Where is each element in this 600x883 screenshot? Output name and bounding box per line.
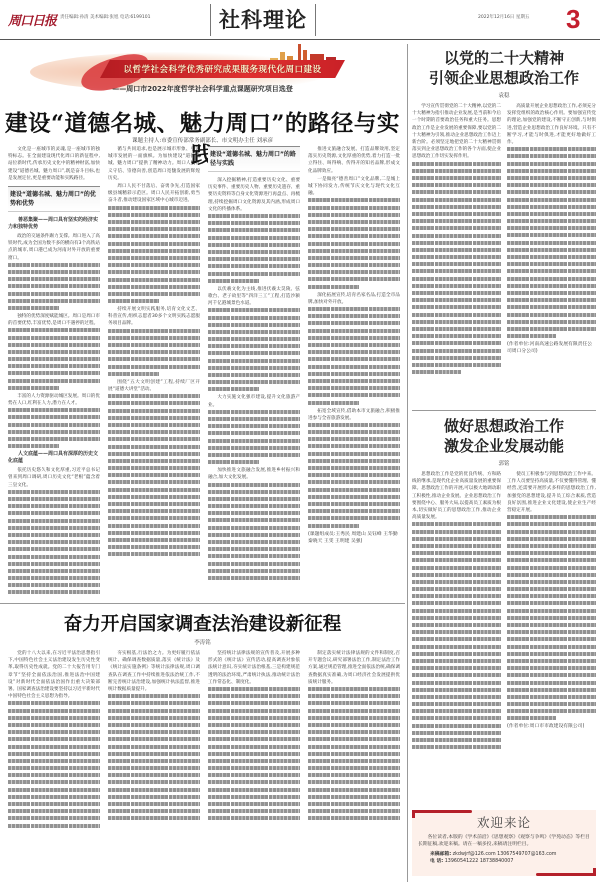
article-column-2: 高质量开展企业思想政治工作,必须充分发挥党组织的政治核心作用。要加强宣传党的理论… <box>507 103 596 413</box>
banner-title: 以哲学社会科学优秀研究成果服务现代化周口建设 <box>123 63 321 75</box>
author-affiliation: (作者单位:河南高速公路发展有限责任公司周口分公司) <box>507 341 596 355</box>
paragraph: 文化是一座城市的灵魂,是一座城市的独特标志。在全面建设现代化周口的新征程中,站位… <box>8 146 100 182</box>
bottom-story: 奋力开启国家调查法治建设新征程 李涛铭 党的十八大以来,在习近平法治思想指引下,… <box>0 606 405 883</box>
editor-credits: 责任编辑:孙清 美术编辑:张旭 电话:6199101 <box>60 14 150 20</box>
right-article-1: 以党的二十大精神 引领企业思想政治工作 袁稳 学习宣传贯彻党的二十大精神,以党的… <box>412 48 596 413</box>
text-block <box>208 483 300 580</box>
main-column-2: 循与共同追求,也是展示城市形象、引领城市发展的一面旗帜。为加快建设“道德名城、魅… <box>108 146 200 598</box>
text-block <box>308 687 400 820</box>
paragraph: 党的十八大以来,在习近平法治思想指引下,中国特色社会主义法治建设发生历史性变革,… <box>8 650 100 700</box>
email-row: 来稿邮箱: zkdwjrf@126.com 1306754970​7@163.c… <box>412 848 596 858</box>
paragraph: 高质量开展企业思想政治工作,必须充分发挥党组织的政治核心作用。要加强宣传党的理论… <box>507 103 596 146</box>
article-author: 郭铭 <box>412 459 596 467</box>
article-body-columns: 思想政治工作是党的优良传统、方和路线的继承,是现代化企业高质量发展的重要保障。思… <box>412 471 596 801</box>
paragraph: 大力实施文化强市建设,提升文化旅游产业。 <box>208 394 300 408</box>
text-block <box>208 214 300 283</box>
text-block <box>412 522 501 749</box>
main-column-1: 文化是一座城市的灵魂,是一座城市的独特标志。在全面建设现代化周口的新征程中,站位… <box>8 146 100 598</box>
paragraph: 以伏羲文化为主线,推进伏羲太昊陵、弦歌台、老子故里等“四洋三工”工程,打造沙颍河… <box>208 286 300 308</box>
paragraph: 坚持统计法律法规的宣传普及,开展多种形式的《统计法》宣传活动,提高调查对象依法统… <box>208 650 300 686</box>
text-block <box>308 423 400 528</box>
text-block <box>208 687 300 820</box>
horizontal-rule <box>412 410 596 411</box>
paragraph: 循与共同追求,也是展示城市形象、引领城市发展的一面旗帜。为加快建设“道德名城、魅… <box>108 146 200 182</box>
text-block <box>308 307 400 404</box>
right-column: 以党的二十大精神 引领企业思想政治工作 袁稳 学习宣传贯彻党的二十大精神,以党的… <box>412 44 596 882</box>
horizontal-rule <box>0 603 405 604</box>
bottom-column-4: 制定落实统计法律法规的文件和制度,召开专题会议,研究部署法治工作,制定法治工作方… <box>308 650 400 880</box>
paragraph: 一是做亮“德善周口”文化品牌,二是城上城下协同发力,传统节庆文化与现代文化互融。 <box>308 176 400 198</box>
paragraph: 加快推进文旅融合发展,推进乡村振兴和融合,加大文化发展。 <box>208 467 300 481</box>
text-block <box>8 328 100 390</box>
bottom-body-columns: 党的十八大以来,在习近平法治思想指引下,中国特色社会主义法治建设发生历史性变革,… <box>8 650 400 880</box>
article-title-line: 引领企业思想政治工作 <box>412 68 596 88</box>
article-body-columns: 学习宣传贯彻党的二十大精神,以党的二十大精神为指引推动企业发展,是当前和今后一个… <box>412 103 596 413</box>
article-title-line: 以党的二十大精神 <box>412 48 596 68</box>
welcome-body: 各位读者,本版的《学术前沿》《思想观察》《观察与争鸣》《学苑动态》等栏目长期征稿… <box>412 831 596 848</box>
text-block <box>108 206 200 303</box>
paragraph: 围绕“五大文明创建”工程,持续厂区开展“道德大讲堂”活动。 <box>108 379 200 393</box>
text-block <box>507 147 596 338</box>
corner-decoration <box>412 810 415 818</box>
main-body-columns: 文化是一座城市的灵魂,是一座城市的独特标志。在全面建设现代化周口的新征程中,站位… <box>8 146 400 598</box>
text-block <box>108 329 200 376</box>
article-author: 袁稳 <box>412 91 596 99</box>
welcome-title: 欢迎来论 <box>412 810 596 831</box>
right-article-2: 做好思想政治工作 激发企业发展动能 郭铭 思想政治工作是党的优良传统、方和路线的… <box>412 416 596 801</box>
text-block <box>8 408 100 448</box>
paragraph: 思想政治工作是党的优良传统、方和路线的继承,是现代化企业高质量发展的重要保障。思… <box>412 471 501 521</box>
paragraph: 制定落实统计法律法规的文件和制度,召开专题会议,研究部署法治工作,制定法治工作方… <box>308 650 400 686</box>
main-column-4: 推进文旅融合发展。打造品牌效用,坚定落实历史资源,文化厚重的优势,着力打造一批立… <box>308 146 400 598</box>
masthead: 周口日报 责任编辑:孙清 美术编辑:张旭 电话:6199101 社科理论 202… <box>0 0 600 40</box>
banner: 以哲学社会科学优秀研究成果服务现代化周口建设 ——周口市2022年度哲学社会科学… <box>0 42 405 104</box>
text-block <box>507 515 596 720</box>
corner-decoration <box>412 810 472 813</box>
text-block <box>108 394 200 556</box>
subhead-box: 建设“道德名城、魅力周口”的优势和优势 <box>8 186 100 212</box>
text-block <box>8 701 100 827</box>
research-team-signature: (课题组成员:王秀民 周建山 吴钰峰 王华勤 秦晓天 王雯 王明建 吴强) <box>308 531 400 545</box>
subhead-box: 建设“道德名城、魅力周口”的路径与实践 <box>208 146 300 172</box>
paragraph: 深入挖掘精神,打造重要历史文化、重要历史事件、重要历史人物、重要历史遗存、重要历… <box>208 177 300 213</box>
article-column-2: 使员工积极参与到思想政治工作中来。工作人员要坚持高质量,不仅要懂得管理、懂经营,… <box>507 471 596 801</box>
bottom-column-1: 党的十八大以来,在习近平法治思想指引下,中国特色社会主义法治建设发生历史性变革,… <box>8 650 100 880</box>
banner-ribbon: 以哲学社会科学优秀研究成果服务现代化周口建设 <box>100 60 345 78</box>
text-block <box>208 308 300 391</box>
paragraph: 学习宣传贯彻党的二十大精神,以党的二十大精神为指引推动企业发展,是当前和今后一个… <box>412 103 501 161</box>
paragraph: 使员工积极参与到思想政治工作中来。工作人员要坚持高质量,不仅要懂得管理、懂经营,… <box>507 471 596 514</box>
section-header: 社科理论 <box>210 4 316 36</box>
paragraph: 丰富的人力资源驱动城区发展。周口的优势在人口,红利在人力,潜力在人才。 <box>8 393 100 407</box>
text-block <box>108 694 200 820</box>
paragraph: 依托历史悠久和文化厚重,习近平总书记曾来到周口调研,周口历史文化“老根”蕴含着三… <box>8 467 100 489</box>
paragraph: 周口人民不甘落后、奋勇争先,打造国家级县城精彩示范区。周口人民开拓创新,勇当奋斗… <box>108 183 200 205</box>
subhead: 建设“道德名城、魅力周口”的路径与实践 <box>210 150 298 168</box>
main-column-3: 建设“道德名城、魅力周口”的路径与实践 深入挖掘精神,打造重要历史文化、重要历史… <box>208 146 300 598</box>
article-column-1: 思想政治工作是党的优良传统、方和路线的继承,是现代化企业高质量发展的重要保障。思… <box>412 471 501 801</box>
banner-subtitle: ——周口市2022年度哲学社会科学重点课题研究项目选登 <box>0 84 405 94</box>
bottom-headline: 奋力开启国家调查法治建设新征程 <box>0 610 405 636</box>
text-block <box>308 198 400 288</box>
article-column-1: 学习宣传贯彻党的二十大精神,以党的二十大精神为指引推动企业发展,是当前和今后一个… <box>412 103 501 413</box>
bottom-author: 李涛铭 <box>0 638 405 646</box>
main-byline: 课题主持人:市委宣传部常务副部长、市文明办主任 刘承彦 <box>0 136 405 144</box>
paragraph: 深化拓展宣传,培育名家名品,打造全市品牌,加快对外开放。 <box>308 292 400 306</box>
bottom-column-2: 夯实根基,行法治之力。为更好履行依法统计、确保调查数据质量,落实《统计法》及《统… <box>108 650 200 880</box>
paragraph: 持续开展文明实践服务,培育文化文艺、科普宣传,组织志愿者30多个文明实践志愿服务… <box>108 306 200 328</box>
text-block <box>8 490 100 598</box>
sub-lead: 善恶集聚——周口具有坚实的经济实力和独特优势 <box>8 217 100 231</box>
corner-decoration <box>536 873 596 876</box>
section-title: 社科理论 <box>219 7 307 32</box>
article-title-line: 做好思想政治工作 <box>412 416 596 436</box>
newspaper-logo: 周口日报 <box>8 10 56 29</box>
bottom-column-3: 坚持统计法律法规的宣传普及,开展多种形式的《统计法》宣传活动,提高调查对象依法统… <box>208 650 300 880</box>
corner-decoration <box>593 868 596 876</box>
vertical-rule <box>407 44 408 882</box>
email-values[interactable]: zkdwjrf@126.com 1306754970​7@163.com <box>453 852 557 857</box>
phone-row: 电 话: 13960541222 18738840007 <box>412 858 596 865</box>
paragraph: 政治的交通条件踢力支撑。周口进入了高铁时代,成为全国为数不多的横向有3个高铁站点… <box>8 233 100 262</box>
paragraph: 独特的优势深度赋能城区。周口是周口市的首要优势,丰富优势,是周口不遇停的过程。 <box>8 313 100 327</box>
text-block <box>412 162 501 374</box>
email-label: 来稿邮箱: <box>430 852 451 857</box>
subhead: 建设“道德名城、魅力周口”的优势和优势 <box>10 190 98 208</box>
phone-label: 电 话: <box>430 859 443 864</box>
phone-values: 13960541222 18738840007 <box>445 859 514 864</box>
text-block <box>8 263 100 310</box>
author-affiliation: (作者单位:周口市市政建设有限公司) <box>507 723 596 730</box>
issue-date: 2022年12月16日 星期五 <box>478 14 529 20</box>
main-story: 以哲学社会科学优秀研究成果服务现代化周口建设 ——周口市2022年度哲学社会科学… <box>0 42 405 602</box>
paragraph: 拓宽全域宣传,借助本市文旅融合,积极推进参与全省旅游发展。 <box>308 408 400 422</box>
welcome-submissions-box: 欢迎来论 各位读者,本版的《学术前沿》《思想观察》《观察与争鸣》《学苑动态》等栏… <box>412 810 596 876</box>
paragraph: 推进文旅融合发展。打造品牌效用,坚定落实历史资源,文化厚重的优势,着力打造一批立… <box>308 146 400 175</box>
text-block <box>208 410 300 464</box>
page-number: 3 <box>566 4 580 34</box>
paragraph: 夯实根基,行法治之力。为更好履行依法统计、确保调查数据质量,落实《统计法》及《统… <box>108 650 200 693</box>
sub-lead: 人文底蕴——周口具有深厚的历史文化底蕴 <box>8 451 100 465</box>
article-title-line: 激发企业发展动能 <box>412 436 596 456</box>
